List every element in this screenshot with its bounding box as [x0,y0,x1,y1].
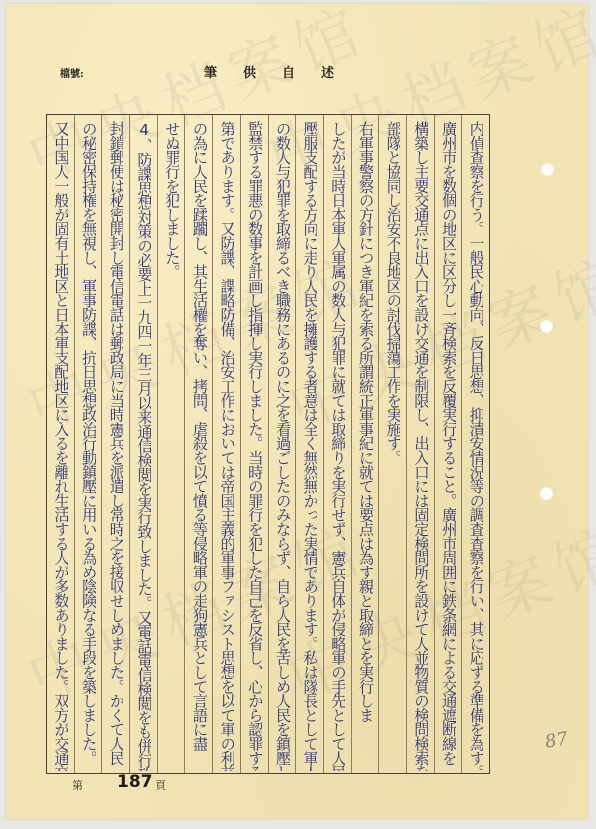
manuscript-column: 右軍事警察の方針につき軍紀を索る所謂統正軍事紀に就ては要点は為す親と取締とを実行… [351,115,379,773]
handwritten-line: 右軍事警察の方針につき軍紀を索る所謂統正軍事紀に就ては要点は為す親と取締とを実行… [357,121,373,771]
manuscript-column: 封鎖郵便は秘密開封し電信電話は郵政局に当時憲兵を派遣し常時之を接収せしめました。… [101,115,129,773]
manuscript-column: 廣州市を数個の地区に区分し一斉検索を反覆実行すること。廣州市周囲に鉄条網による交… [434,115,462,773]
manuscript-column: 4、防諜思想対策の必要上一九四一年三月以来通信検閲を実行致しました。又電話電信検… [129,115,157,773]
manuscript-column: 部隊と協同し治安不良地区の討伐掃蕩工作を実施す。 [378,115,406,773]
manuscript-column: 壓服支配する方向に走り人民を擁護する者意は全く無然無かった実情であります。私は隊… [295,115,323,773]
punch-hole [540,320,553,333]
handwritten-line: せぬ罪行を犯しました。 [163,121,179,771]
pencil-folio-annotation: 87 [543,728,569,753]
manuscript-column: の為に人民を蹂躙し、其生活權を奪い、拷問、虐殺を以て憤る等侵略軍の走狗憲兵として… [184,115,212,773]
manuscript-column: したが当時日本軍人軍属の数人与犯罪に就ては取締りを実行せず、憲兵自体が侵略軍の手… [323,115,351,773]
punch-hole [540,487,553,500]
handwritten-line: の秘密保持権を無視し、軍事防諜、抗日思想政治行動鎮壓に用いる為め陰険なる手段を築… [80,121,96,771]
handwritten-line: 部隊と協同し治安不良地区の討伐掃蕩工作を実施す。 [385,121,401,771]
handwritten-line: 内偵查察を行う。一般民心動向、反日思想、抑漬安情況等の調査査察を行い、其に応ずる… [468,121,484,771]
handwritten-line: 4、防諜思想対策の必要上一九四一年三月以来通信検閲を実行致しました。又電話電信検… [136,121,152,771]
archive-number-label: 檔號: [60,65,84,80]
manuscript-grid: 内偵查察を行う。一般民心動向、反日思想、抑漬安情況等の調査査察を行い、其に応ずる… [46,114,490,774]
handwritten-line: 封鎖郵便は秘密開封し電信電話は郵政局に当時憲兵を派遣し常時之を接収せしめました。… [108,121,124,771]
handwritten-line: したが当時日本軍人軍属の数人与犯罪に就ては取締りを実行せず、憲兵自体が侵略軍の手… [329,121,345,771]
handwritten-line: 壓服支配する方向に走り人民を擁護する者意は全く無然無かった実情であります。私は隊… [302,121,318,771]
punch-hole [541,163,554,176]
manuscript-column: 内偵查察を行う。一般民心動向、反日思想、抑漬安情況等の調査査察を行い、其に応ずる… [461,115,489,773]
handwritten-line: の為に人民を蹂躙し、其生活權を奪い、拷問、虐殺を以て憤る等侵略軍の走狗憲兵として… [191,121,207,771]
manuscript-column: 監禁する罪悪の数事を計画し指揮し実行しました。当時の罪行を犯した自己を反省し、心… [240,115,268,773]
page-prefix: 第 [72,777,83,793]
handwritten-line: 構築し主要交通点に出入口を設け交通を制限し、出入口には固定検問所を設けて人並物質… [413,121,429,771]
handwritten-line: の数人与犯罪を取締るべき職務にあるのに之を看過ごしたのみならず、自ら人民を苦しめ… [274,121,290,771]
manuscript-column: の数人与犯罪を取締るべき職務にあるのに之を看過ごしたのみならず、自ら人民を苦しめ… [268,115,296,773]
document-title: 筆供自述 [204,62,360,81]
page-suffix: 頁 [155,777,166,793]
manuscript-column: 又中国人一般が固有土地区と日本軍支配地区に入るを離れ生活する人が多数ありました。… [47,115,74,773]
handwritten-line: 第であります。又防諜、諜略防備、治安工作においては帝国主義的軍事ファシスト思想を… [219,121,235,771]
handwritten-line: 監禁する罪悪の数事を計画し指揮し実行しました。当時の罪行を犯した自己を反省し、心… [246,121,262,771]
page-number: 187 [117,772,153,792]
handwritten-line: 又中国人一般が固有土地区と日本軍支配地区に入るを離れ生活する人が多数ありました。… [53,121,69,771]
manuscript-column: の秘密保持権を無視し、軍事防諜、抗日思想政治行動鎮壓に用いる為め陰険なる手段を築… [74,115,102,773]
handwritten-line: 廣州市を数個の地区に区分し一斉検索を反覆実行すること。廣州市周囲に鉄条網による交… [440,121,456,771]
manuscript-column: せぬ罪行を犯しました。 [157,115,185,773]
manuscript-column: 第であります。又防諜、諜略防備、治安工作においては帝国主義的軍事ファシスト思想を… [212,115,240,773]
manuscript-column: 構築し主要交通点に出入口を設け交通を制限し、出入口には固定検問所を設けて人並物質… [406,115,434,773]
